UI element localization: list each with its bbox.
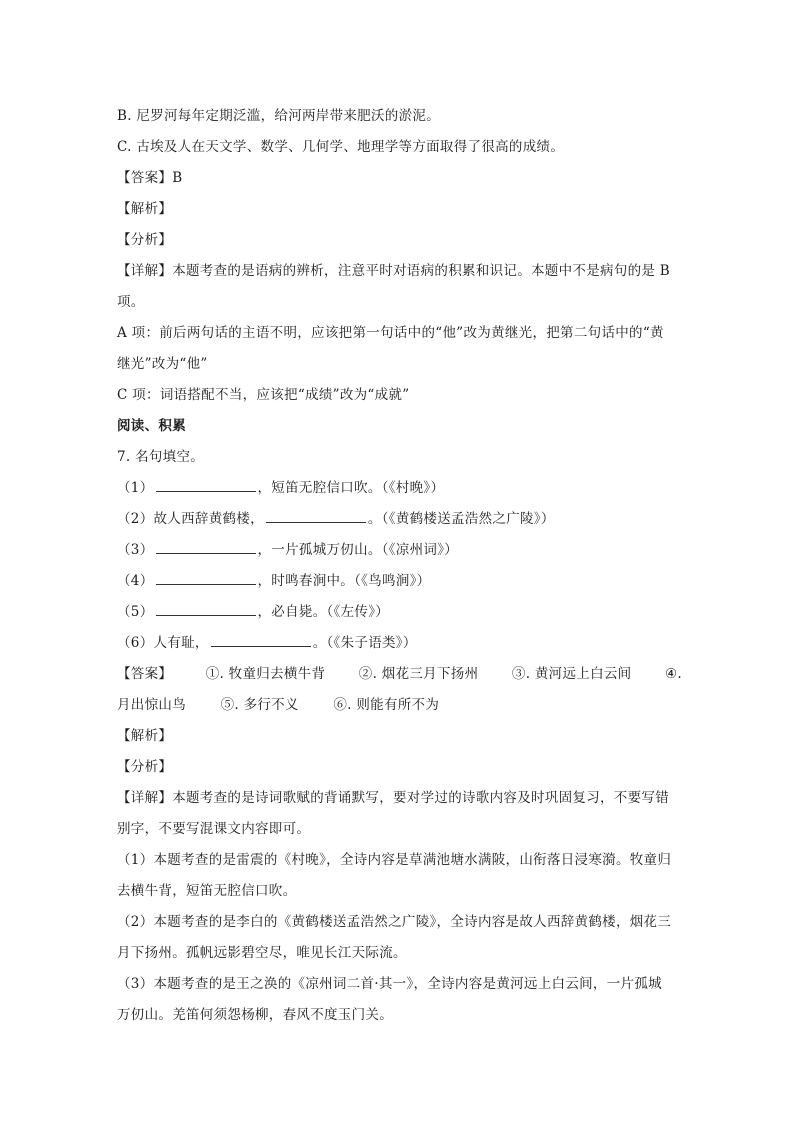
- fill-blank[interactable]: [266, 508, 366, 523]
- q6-answer: 【答案】B: [117, 163, 682, 194]
- item-after: ，一片孤城万仞山。（《凉州词》）: [258, 542, 459, 558]
- item-after: ，时鸣春涧中。（《鸟鸣涧》）: [258, 573, 431, 589]
- item-after: ，必自毙。（《左传》）: [258, 604, 390, 620]
- fill-blank[interactable]: [156, 570, 256, 585]
- item-prefix: （6）: [117, 635, 154, 651]
- q6-detail-cont: 项。: [117, 287, 682, 318]
- q7-detail: 【详解】本题考查的是诗词歌赋的背诵默写，要对学过的诗歌内容及时巩固复习，不要写错: [117, 783, 682, 814]
- q7-item-1: （1），短笛无腔信口吹。（《村晚》）: [117, 473, 682, 504]
- q7-explanation-3: （3）本题考查的是王之涣的《凉州词二首·其一》，全诗内容是黄河远上白云间，一片孤…: [117, 969, 682, 1000]
- q6-detail: 【详解】本题考查的是语病的辨析，注意平时对语病的积累和识记。本题中不是病句的是 …: [117, 256, 682, 287]
- option-c: C. 古埃及人在天文学、数学、几何学、地理学等方面取得了很高的成绩。: [117, 132, 682, 163]
- q7-fenxi-label: 【分析】: [117, 752, 682, 783]
- fill-blank[interactable]: [156, 601, 256, 616]
- document-page: B. 尼罗河每年定期泛滥，给河两岸带来肥沃的淤泥。 C. 古埃及人在天文学、数学…: [117, 101, 682, 1031]
- q7-item-2: （2）故人西辞黄鹤楼，。（《黄鹤楼送孟浩然之广陵》）: [117, 504, 682, 535]
- q7-explanation-2-cont: 月下扬州。孤帆远影碧空尽，唯见长江天际流。: [117, 938, 682, 969]
- item-after: ，短笛无腔信口吹。（《村晚》）: [258, 480, 445, 496]
- section-heading: 阅读、积累: [117, 411, 682, 442]
- item-before: 人有耻，: [154, 635, 209, 651]
- fill-blank[interactable]: [156, 477, 256, 492]
- q7-answer-row: 【答案】 ①. 牧童归去横牛背 ②. 烟花三月下扬州 ③. 黄河远上白云间 ④.: [117, 659, 682, 690]
- answer-1: ①. 牧童归去横牛背: [206, 659, 326, 690]
- q7-item-4: （4），时鸣春涧中。（《鸟鸣涧》）: [117, 566, 682, 597]
- q7-jiexi-label: 【解析】: [117, 721, 682, 752]
- option-b: B. 尼罗河每年定期泛滥，给河两岸带来肥沃的淤泥。: [117, 101, 682, 132]
- item-prefix: （4）: [117, 573, 154, 589]
- answer-label: 【答案】: [117, 659, 172, 690]
- answer-2: ②. 烟花三月下扬州: [359, 659, 479, 690]
- item-prefix: （5）: [117, 604, 154, 620]
- q7-item-5: （5），必自毙。（《左传》）: [117, 597, 682, 628]
- answer-4-text: 月出惊山鸟: [117, 697, 186, 713]
- item-after: 。（《黄鹤楼送孟浩然之广陵》）: [368, 511, 555, 527]
- q7-explanation-3-cont: 万仞山。羌笛何须怨杨柳，春风不度玉门关。: [117, 1000, 682, 1031]
- q7-explanation-1: （1）本题考查的是雷震的《村晚》，全诗内容是草满池塘水满陂，山衔落日浸寒漪。牧童…: [117, 845, 682, 876]
- q7-item-3: （3），一片孤城万仞山。（《凉州词》）: [117, 535, 682, 566]
- fill-blank[interactable]: [156, 539, 256, 554]
- answer-4-number: ④.: [665, 659, 682, 690]
- item-before: 故人西辞黄鹤楼，: [154, 511, 264, 527]
- item-prefix: （2）: [117, 511, 154, 527]
- q6-option-a-explanation-cont: 继光”改为“他”: [117, 349, 682, 380]
- q7-answer-row-2: 月出惊山鸟 ⑤. 多行不义 ⑥. 则能有所不为: [117, 690, 682, 721]
- answer-6: ⑥. 则能有所不为: [333, 697, 439, 713]
- q6-jiexi-label: 【解析】: [117, 194, 682, 225]
- q6-option-c-explanation: C 项：词语搭配不当，应该把“成绩”改为“成就”: [117, 380, 682, 411]
- q6-option-a-explanation: A 项：前后两句话的主语不明，应该把第一句话中的“他”改为黄继光，把第二句话中的…: [117, 318, 682, 349]
- answer-5: ⑤. 多行不义: [221, 697, 299, 713]
- q7-detail-cont: 别字，不要写混课文内容即可。: [117, 814, 682, 845]
- answer-3: ③. 黄河远上白云间: [512, 659, 632, 690]
- q6-fenxi-label: 【分析】: [117, 225, 682, 256]
- q7-item-6: （6）人有耻，。（《朱子语类》）: [117, 628, 682, 659]
- item-prefix: （3）: [117, 542, 154, 558]
- item-prefix: （1）: [117, 480, 154, 496]
- fill-blank[interactable]: [211, 632, 311, 647]
- q7-explanation-1-cont: 去横牛背，短笛无腔信口吹。: [117, 876, 682, 907]
- q7-explanation-2: （2）本题考查的是李白的《黄鹤楼送孟浩然之广陵》，全诗内容是故人西辞黄鹤楼，烟花…: [117, 907, 682, 938]
- item-after: 。（《朱子语类》）: [313, 635, 417, 651]
- q7-title: 7. 名句填空。: [117, 442, 682, 473]
